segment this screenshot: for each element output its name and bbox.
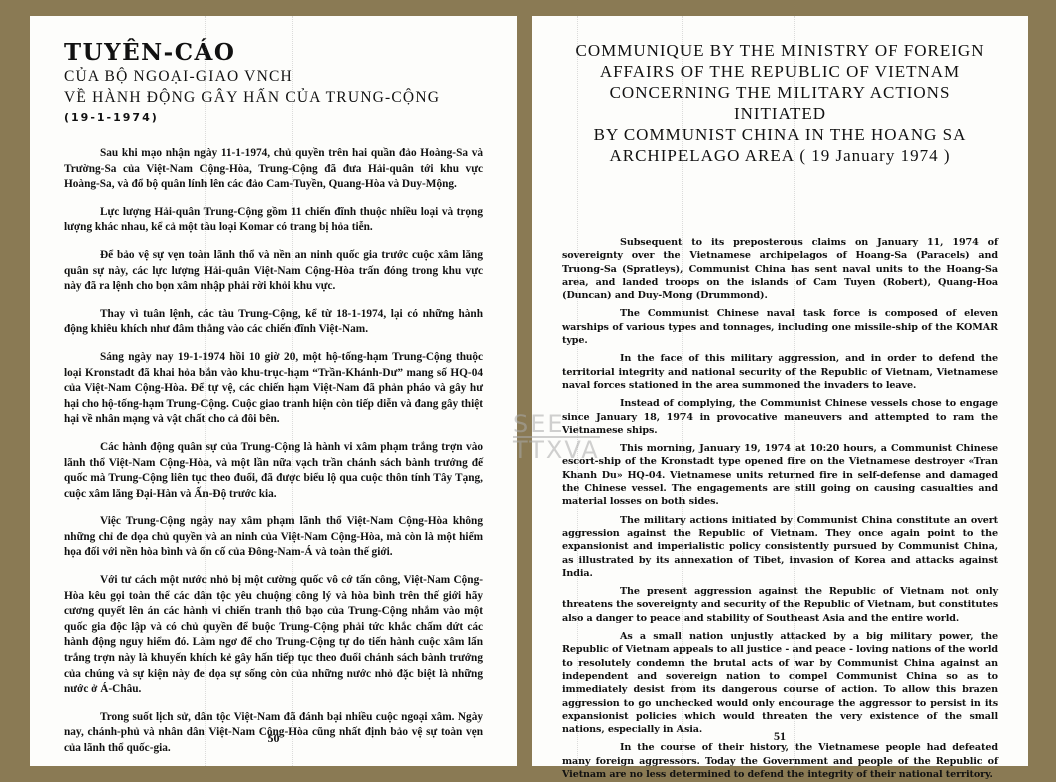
paragraph: Thay vì tuân lệnh, các tàu Trung-Cộng, k… xyxy=(64,307,483,338)
title-line: ARCHIPELAGO AREA ( 19 January 1974 ) xyxy=(562,145,998,166)
scan-streak xyxy=(682,16,684,766)
paragraph: The military actions initiated by Commun… xyxy=(562,514,998,580)
scan-streak xyxy=(292,16,294,766)
vietnamese-subtitle-1: CỦA BỘ NGOẠI-GIAO VNCH xyxy=(64,66,483,87)
paragraph: Việc Trung-Cộng ngày nay xâm phạm lãnh t… xyxy=(64,514,483,561)
paragraph: As a small nation unjustly attacked by a… xyxy=(562,630,998,736)
paragraph: This morning, January 19, 1974 at 10:20 … xyxy=(562,442,998,508)
scan-streak xyxy=(794,16,796,766)
paragraph: Lực lượng Hải-quân Trung-Cộng gồm 11 chi… xyxy=(64,205,483,236)
english-title: COMMUNIQUE BY THE MINISTRY OF FOREIGN AF… xyxy=(562,40,998,166)
paragraph: In the face of this military aggression,… xyxy=(562,352,998,392)
page-number: 50 xyxy=(30,731,517,746)
english-body: Subsequent to its preposterous claims on… xyxy=(562,236,998,781)
vietnamese-date: (19-1-1974) xyxy=(64,111,483,124)
paragraph: Sáng ngày nay 19-1-1974 hồi 10 giờ 20, m… xyxy=(64,350,483,428)
paragraph: The Communist Chinese naval task force i… xyxy=(562,307,998,347)
vietnamese-body: Sau khi mạo nhận ngày 11-1-1974, chủ quy… xyxy=(64,146,483,757)
title-line: COMMUNIQUE BY THE MINISTRY OF FOREIGN xyxy=(562,40,998,61)
title-line: BY COMMUNIST CHINA IN THE HOANG SA xyxy=(562,124,998,145)
title-line: AFFAIRS OF THE REPUBLIC OF VIETNAM xyxy=(562,61,998,82)
paragraph: Instead of complying, the Communist Chin… xyxy=(562,397,998,437)
vietnamese-title: TUYÊN-CÁO xyxy=(64,40,483,66)
vietnamese-subtitle-2: VỀ HÀNH ĐỘNG GÂY HẤN CỦA TRUNG-CỘNG xyxy=(64,87,483,108)
paragraph: Để bảo vệ sự vẹn toàn lãnh thổ và nền an… xyxy=(64,248,483,295)
scan-streak xyxy=(205,16,207,766)
paragraph: Các hành động quân sự của Trung-Cộng là … xyxy=(64,440,483,502)
paragraph: Subsequent to its preposterous claims on… xyxy=(562,236,998,302)
paragraph: Với tư cách một nước nhỏ bị một cường qu… xyxy=(64,573,483,698)
page-number: 51 xyxy=(532,729,1028,744)
right-page-english: COMMUNIQUE BY THE MINISTRY OF FOREIGN AF… xyxy=(532,16,1028,766)
left-page-vietnamese: TUYÊN-CÁO CỦA BỘ NGOẠI-GIAO VNCH VỀ HÀNH… xyxy=(30,16,517,766)
paragraph: The present aggression against the Repub… xyxy=(562,585,998,625)
title-line: CONCERNING THE MILITARY ACTIONS INITIATE… xyxy=(562,82,998,124)
scan-streak xyxy=(577,16,579,766)
paragraph: Sau khi mạo nhận ngày 11-1-1974, chủ quy… xyxy=(64,146,483,193)
paragraph: In the course of their history, the Viet… xyxy=(562,741,998,781)
